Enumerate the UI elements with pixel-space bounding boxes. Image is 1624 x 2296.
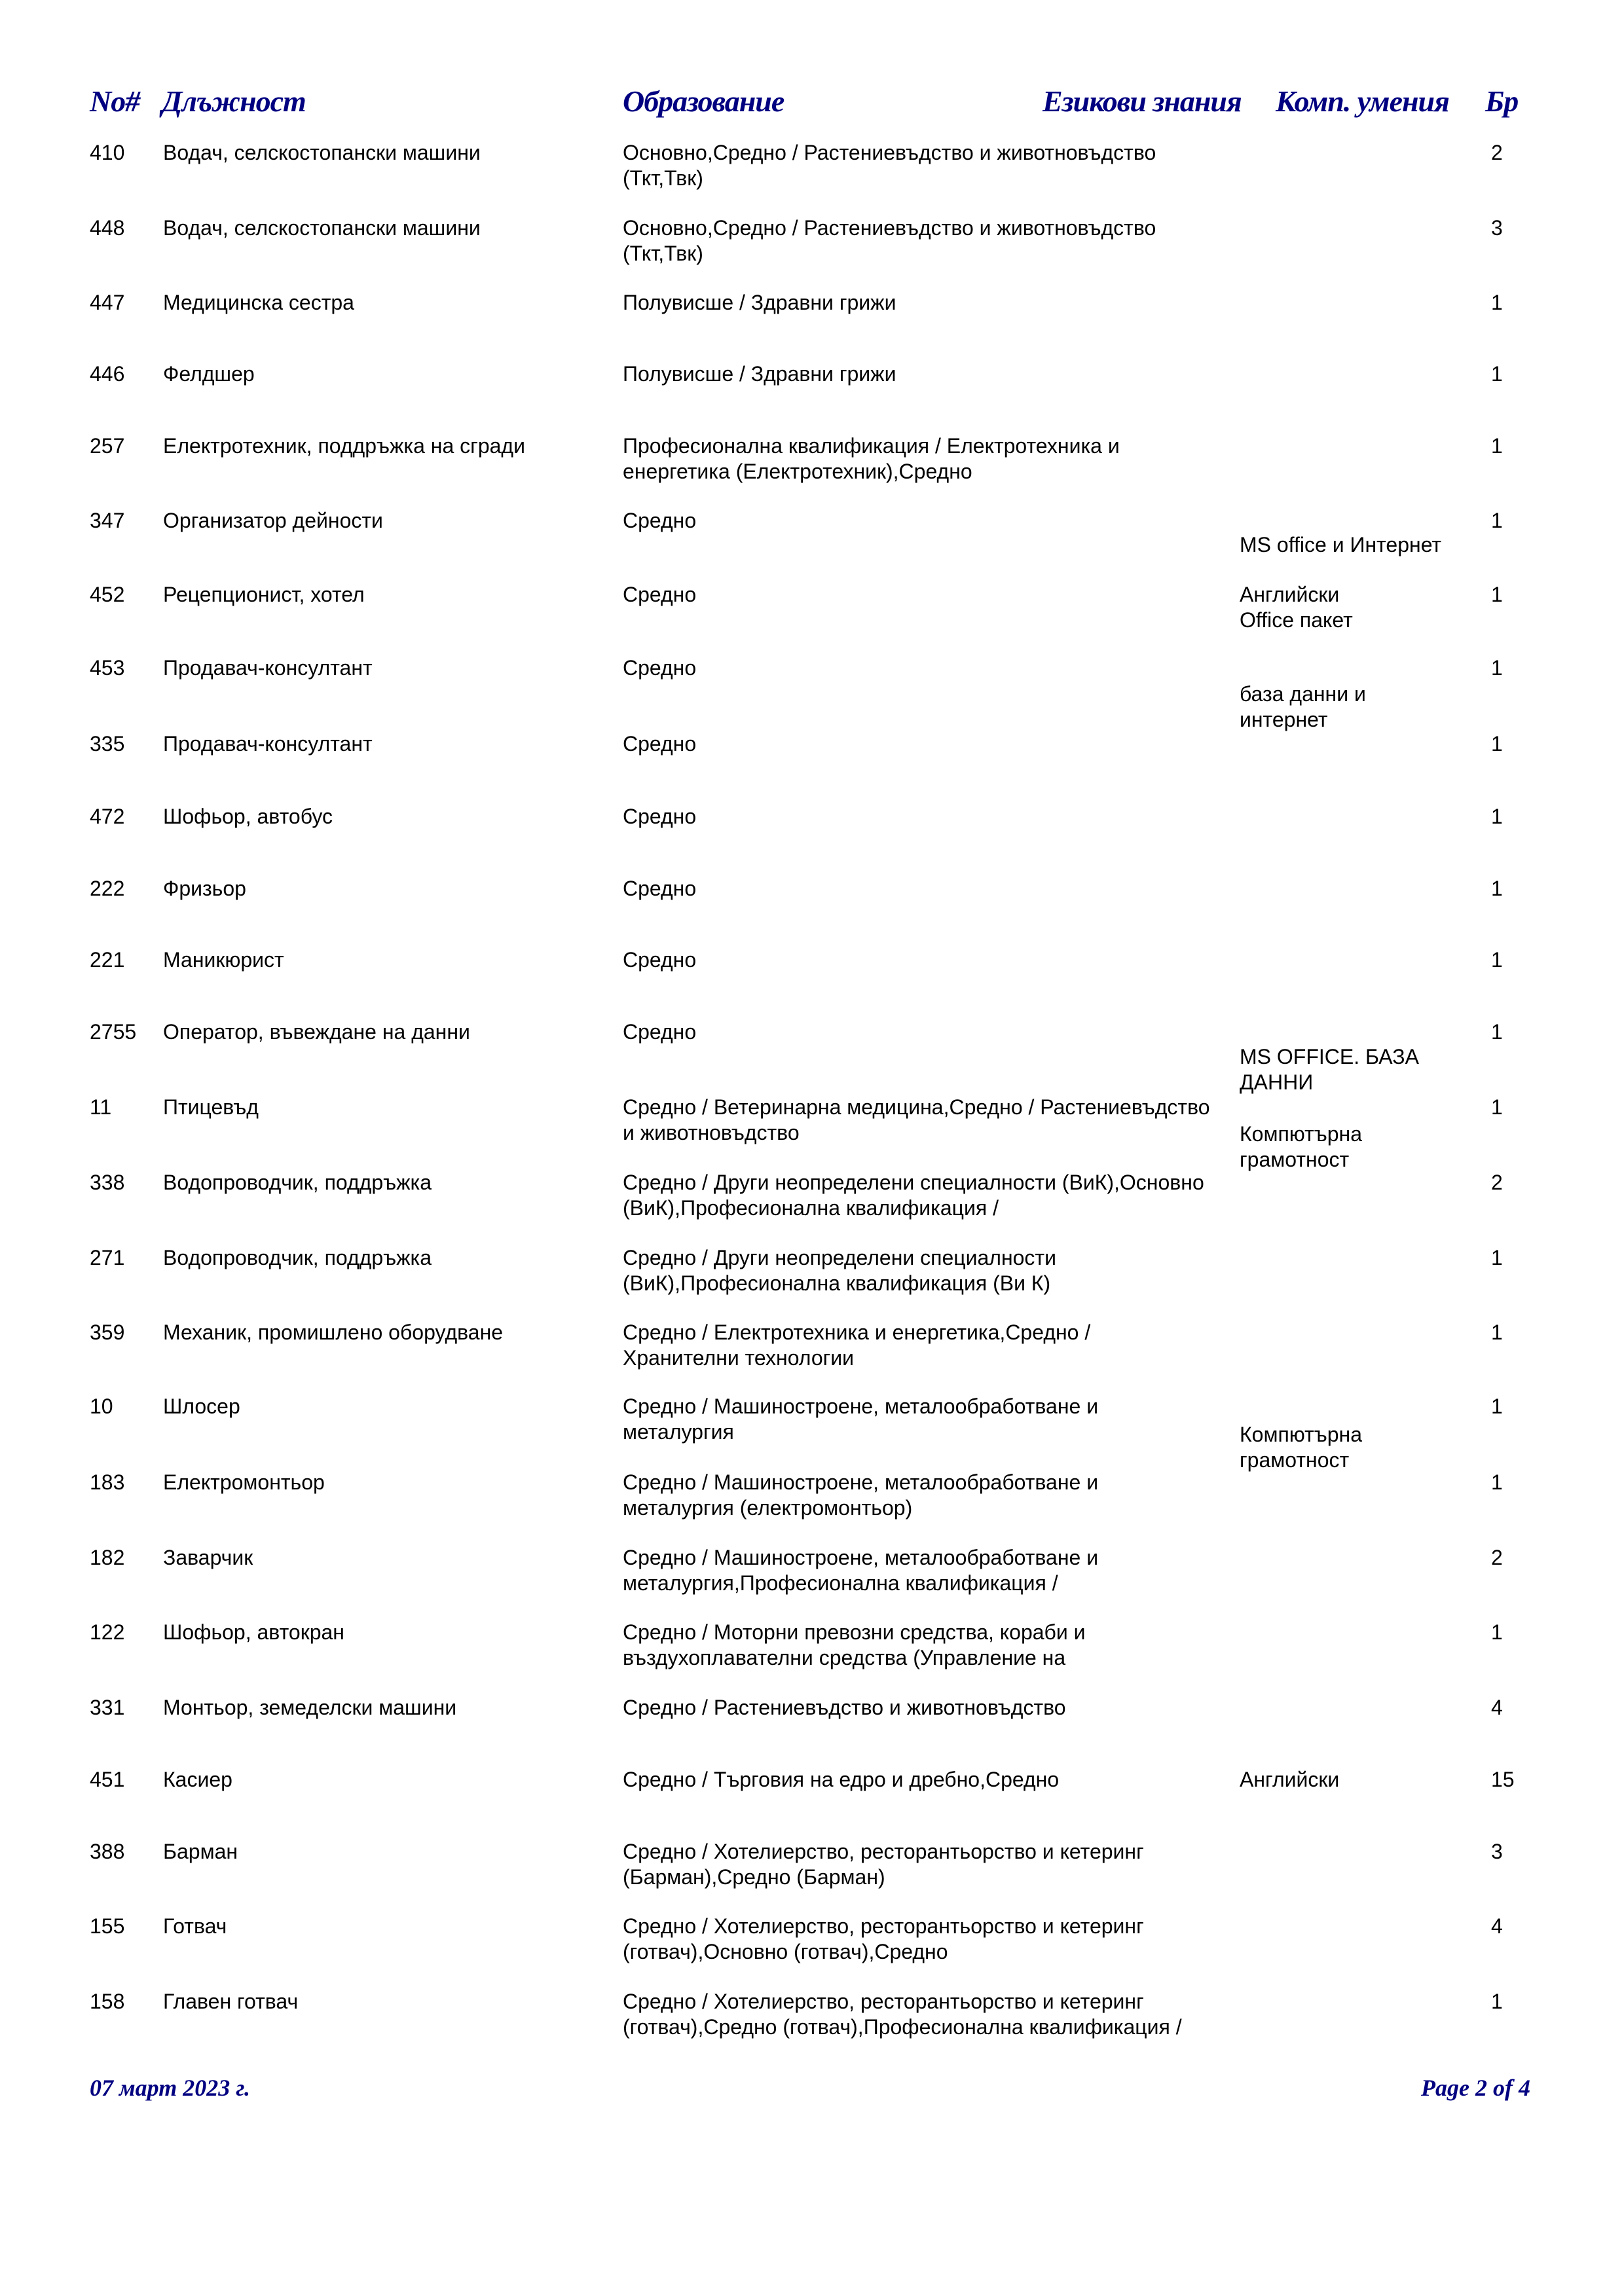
- row-number: 222: [90, 876, 124, 902]
- row-number: 359: [90, 1320, 124, 1345]
- row-count: 1: [1491, 433, 1503, 459]
- row-count: 1: [1491, 290, 1503, 316]
- row-number: 11: [90, 1095, 111, 1120]
- row-education: Средно: [623, 508, 1212, 534]
- row-education: Средно / Растениевъдство и животновъдств…: [623, 1695, 1212, 1721]
- row-number: 10: [90, 1394, 113, 1419]
- skill-entry: база данни и интернет: [1240, 682, 1488, 733]
- row-number: 2755: [90, 1019, 136, 1045]
- row-number: 122: [90, 1620, 124, 1645]
- row-number: 448: [90, 215, 124, 241]
- row-position: Фелдшер: [163, 361, 255, 387]
- row-position: Маникюрист: [163, 947, 284, 973]
- row-number: 453: [90, 655, 124, 681]
- row-count: 1: [1491, 655, 1503, 681]
- row-number: 410: [90, 140, 124, 166]
- row-education: Средно / Хотелиерство, ресторантьорство …: [623, 1914, 1212, 1965]
- row-position: Заварчик: [163, 1545, 253, 1571]
- row-count: 1: [1491, 361, 1503, 387]
- row-education: Средно / Машиностроене, металообработван…: [623, 1470, 1212, 1521]
- row-count: 1: [1491, 1320, 1503, 1345]
- row-education: Средно: [623, 731, 1212, 757]
- row-position: Електротехник, поддръжка на сгради: [163, 433, 525, 459]
- row-number: 221: [90, 947, 124, 973]
- footer-page-number: Page 2 of 4: [1421, 2074, 1530, 2102]
- row-count: 1: [1491, 1620, 1503, 1645]
- row-education: Средно: [623, 655, 1212, 681]
- skill-entry: Английски: [1240, 1767, 1488, 1793]
- footer-date: 07 март 2023 г.: [90, 2074, 250, 2102]
- row-education: Средно / Хотелиерство, ресторантьорство …: [623, 1989, 1212, 2040]
- row-number: 446: [90, 361, 124, 387]
- row-number: 472: [90, 804, 124, 829]
- row-education: Средно / Ветеринарна медицина,Средно / Р…: [623, 1095, 1212, 1146]
- row-number: 452: [90, 582, 124, 608]
- row-position: Барман: [163, 1839, 238, 1865]
- row-education: Средно / Търговия на едро и дребно,Средн…: [623, 1767, 1212, 1793]
- row-position: Оператор, въвеждане на данни: [163, 1019, 470, 1045]
- row-count: 1: [1491, 1019, 1503, 1045]
- row-education: Средно: [623, 876, 1212, 902]
- row-count: 1: [1491, 508, 1503, 534]
- row-position: Готвач: [163, 1914, 227, 1939]
- row-education: Основно,Средно / Растениевъдство и живот…: [623, 215, 1212, 266]
- row-education: Средно / Моторни превозни средства, кора…: [623, 1620, 1212, 1671]
- row-position: Организатор дейности: [163, 508, 383, 534]
- row-number: 183: [90, 1470, 124, 1495]
- row-number: 388: [90, 1839, 124, 1865]
- row-number: 257: [90, 433, 124, 459]
- row-position: Птицевъд: [163, 1095, 259, 1120]
- row-count: 1: [1491, 1245, 1503, 1271]
- row-position: Касиер: [163, 1767, 232, 1793]
- row-education: Средно: [623, 1019, 1212, 1045]
- row-education: Средно: [623, 804, 1212, 829]
- row-education: Средно: [623, 582, 1212, 608]
- row-count: 3: [1491, 1839, 1503, 1865]
- row-number: 271: [90, 1245, 124, 1271]
- row-count: 15: [1491, 1767, 1515, 1793]
- row-education: Полувисше / Здравни грижи: [623, 361, 1212, 387]
- skill-entry: Компютърна грамотност: [1240, 1121, 1488, 1173]
- row-number: 335: [90, 731, 124, 757]
- row-position: Монтьор, земеделски машини: [163, 1695, 456, 1721]
- row-education: Средно / Машиностроене, металообработван…: [623, 1545, 1212, 1596]
- row-count: 1: [1491, 1394, 1503, 1419]
- row-number: 331: [90, 1695, 124, 1721]
- row-count: 2: [1491, 1170, 1503, 1195]
- header-position: Длъжност: [162, 84, 306, 118]
- row-count: 4: [1491, 1914, 1503, 1939]
- row-number: 338: [90, 1170, 124, 1195]
- row-number: 158: [90, 1989, 124, 2014]
- row-count: 1: [1491, 804, 1503, 829]
- row-position: Рецепционист, хотел: [163, 582, 365, 608]
- row-position: Продавач-консултант: [163, 731, 373, 757]
- row-count: 1: [1491, 1989, 1503, 2014]
- row-number: 347: [90, 508, 124, 534]
- row-count: 1: [1491, 731, 1503, 757]
- row-position: Фризьор: [163, 876, 246, 902]
- skill-entry: Английски Office пакет: [1240, 582, 1488, 633]
- row-education: Основно,Средно / Растениевъдство и живот…: [623, 140, 1212, 191]
- row-position: Шлосер: [163, 1394, 240, 1419]
- header-no: No#: [90, 84, 139, 118]
- row-count: 1: [1491, 1095, 1503, 1120]
- row-number: 451: [90, 1767, 124, 1793]
- header-count: Бр: [1485, 84, 1518, 118]
- row-position: Водач, селскостопански машини: [163, 215, 481, 241]
- row-education: Средно / Хотелиерство, ресторантьорство …: [623, 1839, 1212, 1890]
- row-education: Средно / Машиностроене, металообработван…: [623, 1394, 1212, 1445]
- row-education: Средно: [623, 947, 1212, 973]
- skill-entry: Компютърна грамотност: [1240, 1422, 1488, 1473]
- row-position: Водопроводчик, поддръжка: [163, 1170, 432, 1195]
- skill-entry: MS office и Интернет: [1240, 532, 1488, 558]
- row-education: Професионална квалификация / Електротехн…: [623, 433, 1212, 484]
- row-education: Средно / Електротехника и енергетика,Сре…: [623, 1320, 1212, 1371]
- row-education: Средно / Други неопределени специалности…: [623, 1170, 1212, 1221]
- row-education: Средно / Други неопределени специалности…: [623, 1245, 1212, 1296]
- skill-entry: MS OFFICE. БАЗА ДАННИ: [1240, 1044, 1488, 1095]
- row-number: 447: [90, 290, 124, 316]
- row-number: 182: [90, 1545, 124, 1571]
- row-position: Медицинска сестра: [163, 290, 354, 316]
- row-position: Електромонтьор: [163, 1470, 325, 1495]
- row-count: 1: [1491, 876, 1503, 902]
- row-count: 3: [1491, 215, 1503, 241]
- row-count: 4: [1491, 1695, 1503, 1721]
- row-count: 1: [1491, 947, 1503, 973]
- row-position: Водопроводчик, поддръжка: [163, 1245, 432, 1271]
- row-number: 155: [90, 1914, 124, 1939]
- header-education: Образование: [623, 84, 784, 118]
- row-count: 2: [1491, 140, 1503, 166]
- row-position: Продавач-консултант: [163, 655, 373, 681]
- row-position: Водач, селскостопански машини: [163, 140, 481, 166]
- row-education: Полувисше / Здравни грижи: [623, 290, 1212, 316]
- row-count: 1: [1491, 582, 1503, 608]
- row-position: Шофьор, автобус: [163, 804, 333, 829]
- row-count: 1: [1491, 1470, 1503, 1495]
- row-count: 2: [1491, 1545, 1503, 1571]
- header-languages: Езикови знания: [1043, 84, 1242, 118]
- row-position: Шофьор, автокран: [163, 1620, 344, 1645]
- header-computer-skills: Комп. умения: [1276, 84, 1449, 118]
- row-position: Механик, промишлено оборудване: [163, 1320, 503, 1345]
- row-position: Главен готвач: [163, 1989, 298, 2014]
